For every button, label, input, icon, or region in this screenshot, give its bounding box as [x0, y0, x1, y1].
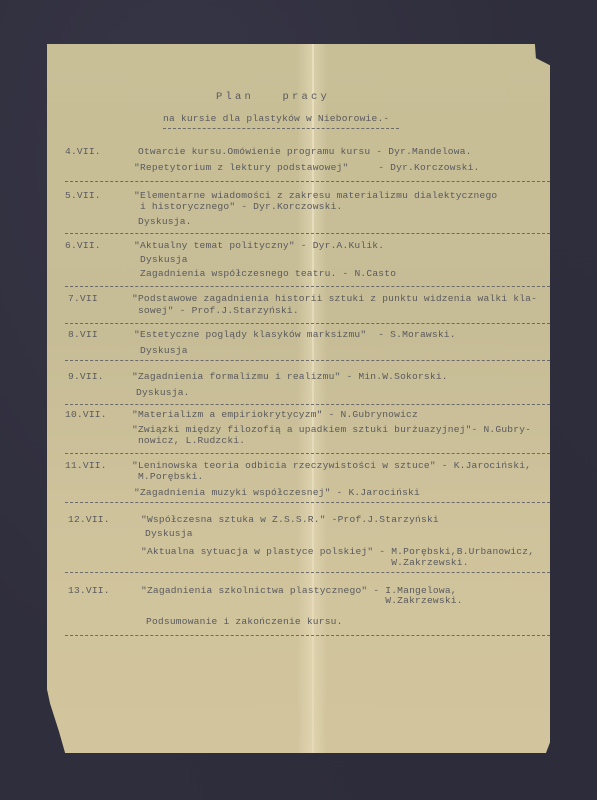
- entry-date: 12.VII.: [68, 514, 110, 525]
- entry-date: 8.VII: [68, 329, 98, 340]
- entry-line: "Współczesna sztuka w Z.S.S.R." -Prof.J.…: [141, 514, 439, 525]
- entry-line: i historycznego" - Dyr.Korczowski.: [134, 201, 343, 212]
- entry-line: W.Zakrzewski.: [141, 557, 469, 568]
- entry-date: 6.VII.: [65, 240, 101, 251]
- entry-line: sowej" - Prof.J.Starzyński.: [132, 305, 299, 316]
- separator-line: [65, 404, 550, 405]
- entry-date: 11.VII.: [65, 460, 107, 471]
- entry-line: Dyskusja: [140, 345, 188, 356]
- entry-date: 4.VII.: [65, 146, 101, 157]
- separator-line: [65, 502, 550, 503]
- entry-line: "Aktualna sytuacja w plastyce polskiej" …: [141, 546, 534, 557]
- entry-line: "Podstawowe zagadnienia historii sztuki …: [132, 293, 537, 304]
- separator-line: [65, 233, 550, 234]
- entry-line: Dyskusja.: [138, 216, 192, 227]
- entry-line: "Materializm a empiriokrytycyzm" - N.Gub…: [132, 409, 418, 420]
- entry-line: "Związki między filozofią a upadkiem szt…: [132, 424, 531, 435]
- entry-line: W.Zakrzewski.: [141, 595, 463, 606]
- entry-line: "Estetyczne poglądy klasyków marksizmu" …: [134, 329, 456, 340]
- separator-line: [65, 286, 550, 287]
- entry-line: Dyskusja: [145, 528, 193, 539]
- separator-line: [65, 635, 550, 636]
- entry-line: Otwarcie kursu.Omówienie programu kursu …: [138, 146, 472, 157]
- entry-line: "Zagadnienia formalizmu i realizmu" - Mi…: [132, 371, 448, 382]
- entry-line: Zagadnienia współczesnego teatru. - N.Ca…: [140, 268, 396, 279]
- document-title: Plan pracy: [216, 91, 330, 103]
- document-subtitle: na kursie dla plastyków w Nieborowie.-: [163, 113, 389, 124]
- separator-line: [65, 323, 550, 324]
- entry-line: Dyskusja: [140, 254, 188, 265]
- separator-line: [65, 453, 550, 454]
- entry-date: 13.VII.: [68, 585, 110, 596]
- closing-line: Podsumowanie i zakończenie kursu.: [146, 616, 343, 627]
- separator-line: [65, 360, 550, 361]
- entry-date: 5.VII.: [65, 190, 101, 201]
- entry-line: Dyskusja.: [136, 387, 190, 398]
- subtitle-underline: [163, 128, 399, 129]
- separator-line: [65, 181, 550, 182]
- entry-line: "Leninowska teoria odbicia rzeczywistośc…: [132, 460, 531, 471]
- entry-line: nowicz, L.Rudzcki.: [132, 435, 245, 446]
- entry-line: "Aktualny temat polityczny" - Dyr.A.Kuli…: [134, 240, 384, 251]
- separator-line: [65, 572, 550, 573]
- entry-date: 9.VII.: [68, 371, 104, 382]
- entry-line: "Elementarne wiadomości z zakresu materi…: [134, 190, 497, 201]
- entry-date: 10.VII.: [65, 409, 107, 420]
- entry-line: "Repetytorium z lektury podstawowej" - D…: [134, 162, 480, 173]
- entry-line: M.Porębski.: [132, 471, 204, 482]
- entry-line: "Zagadnienia muzyki współczesnej" - K.Ja…: [134, 487, 420, 498]
- entry-date: 7.VII: [68, 293, 98, 304]
